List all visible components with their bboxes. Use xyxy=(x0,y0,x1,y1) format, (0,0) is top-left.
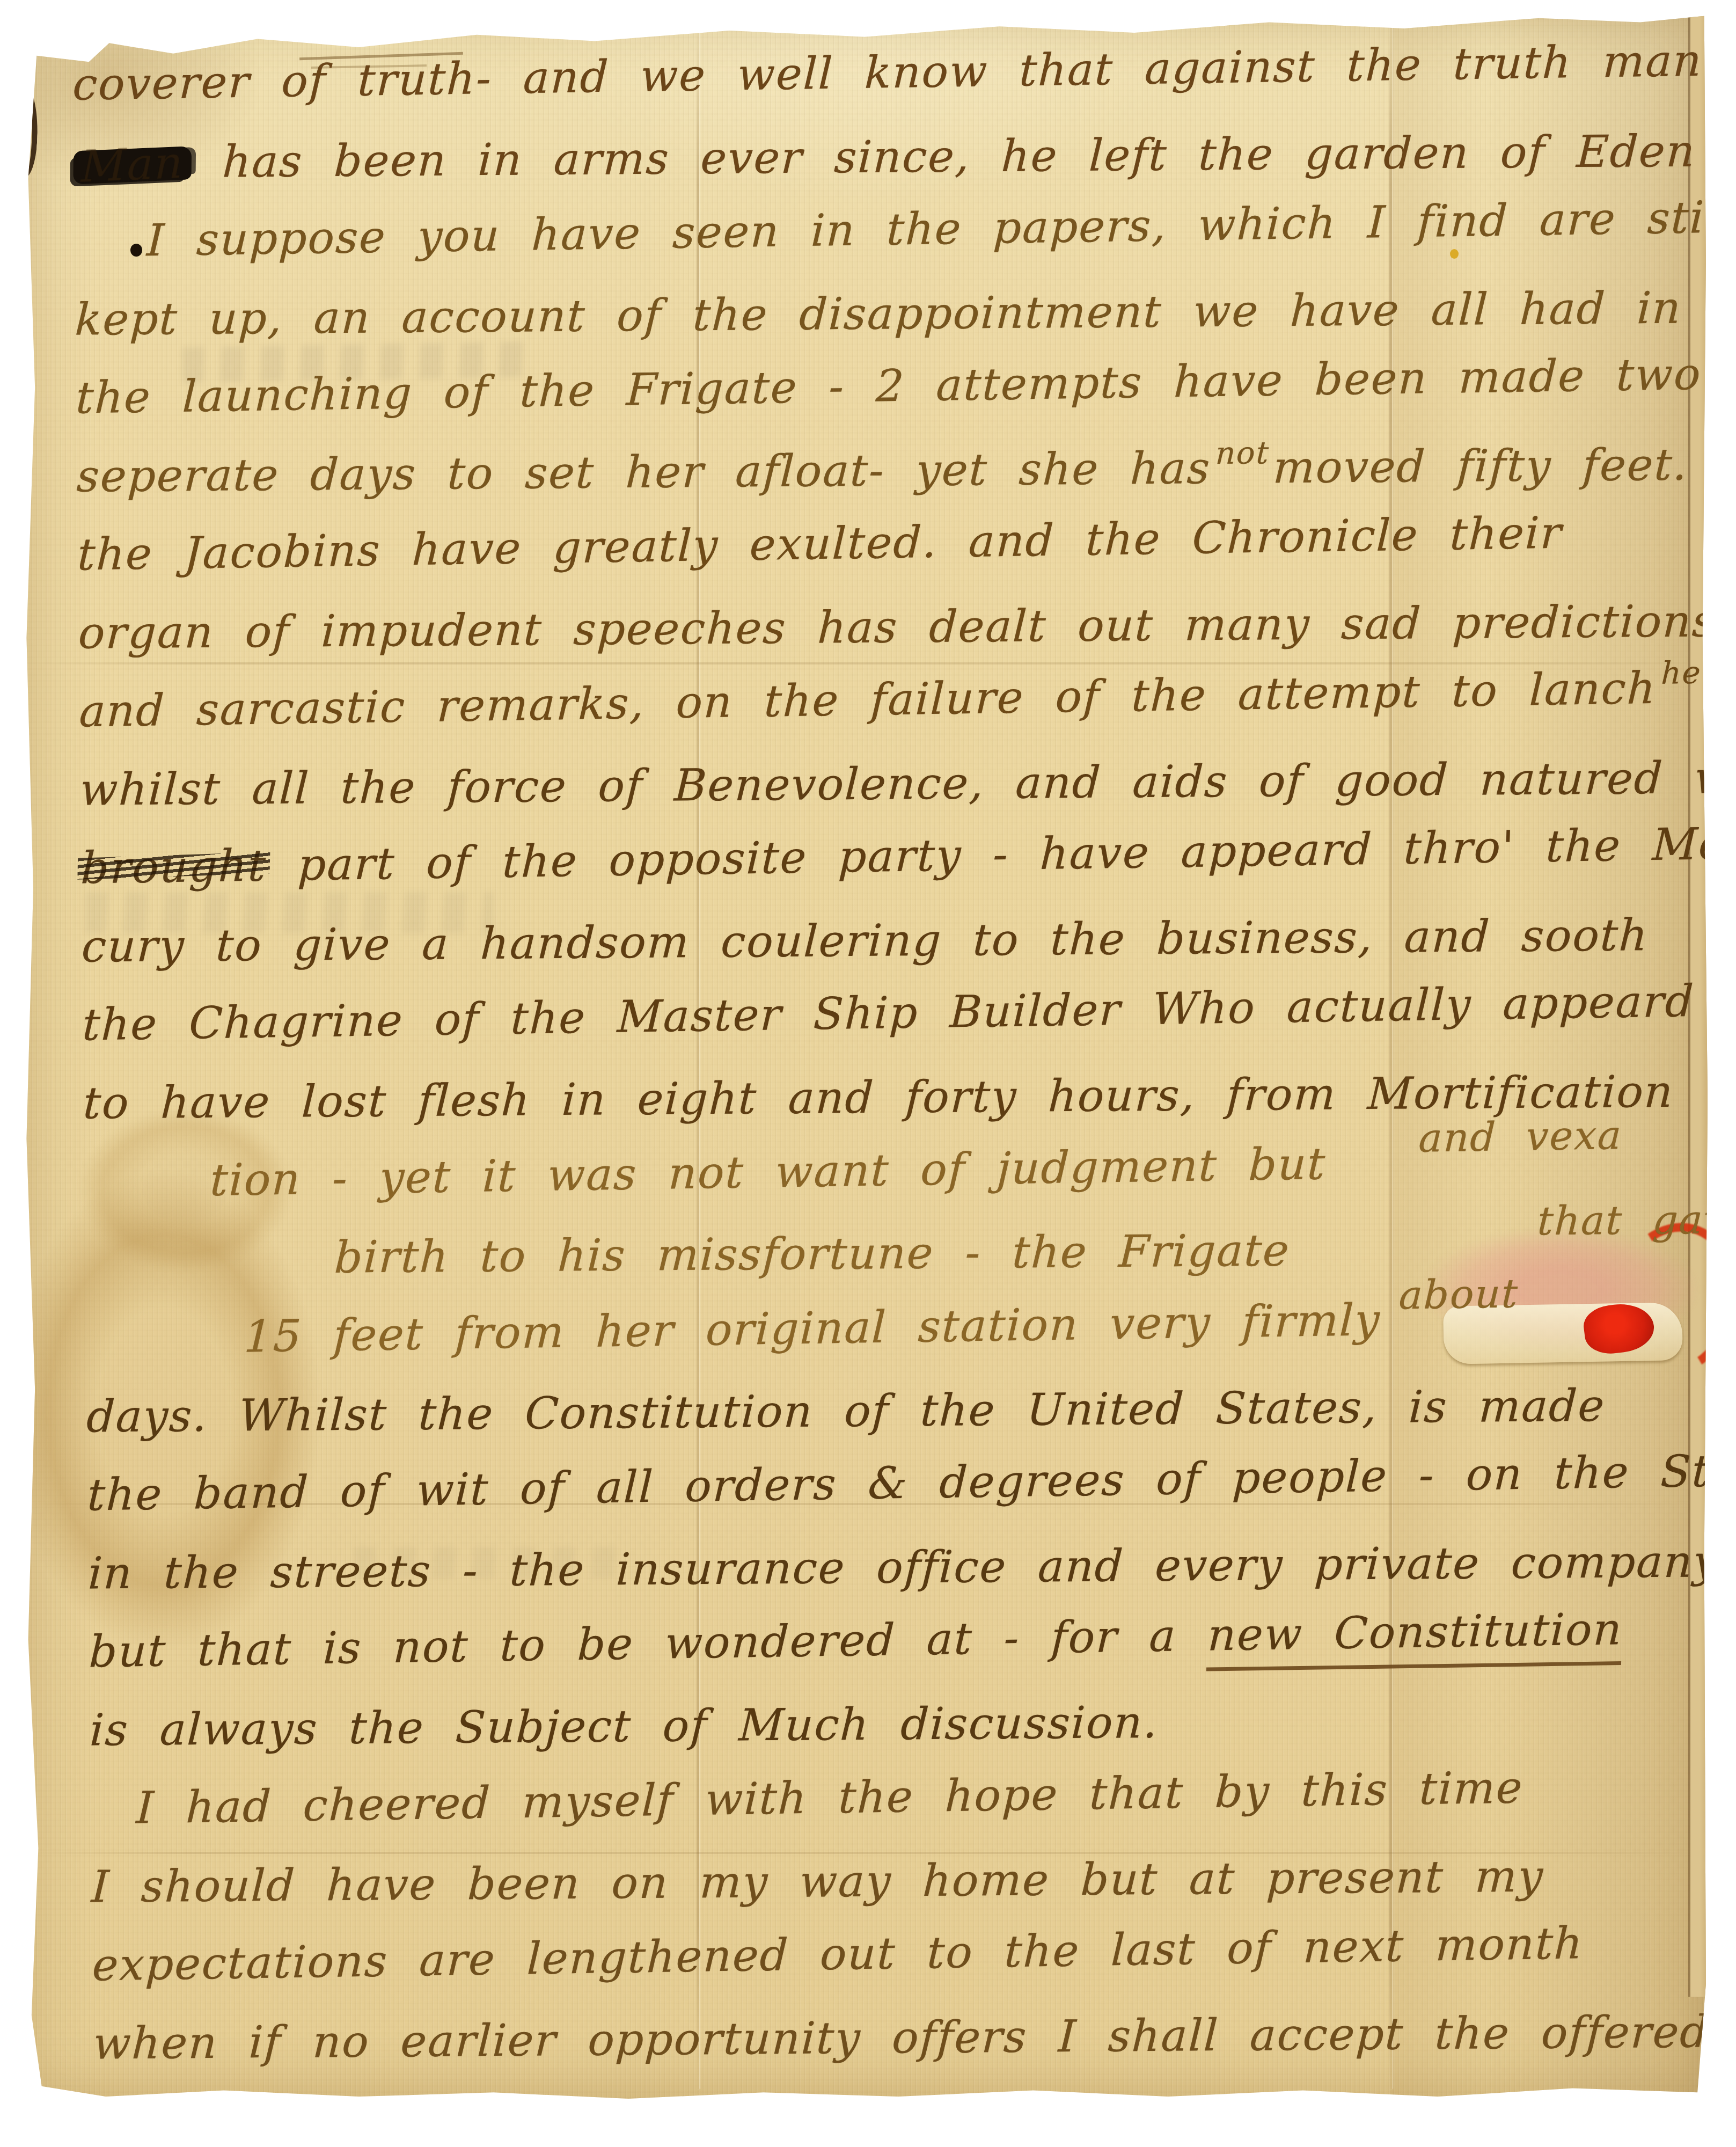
handwritten-text: but that is not to be wondered at - for … xyxy=(88,1610,1208,1678)
handwritten-text: seperate days to set her afloat- yet she… xyxy=(76,443,1212,502)
handwritten-text: the Jacobins have greatly exulted. and t… xyxy=(77,508,1563,581)
inserted-word: not xyxy=(1215,435,1271,471)
letter-line: whilst all the force of Benevolence, and… xyxy=(79,756,1715,812)
letter-line: cury to give a handsom coulering to the … xyxy=(80,913,1716,969)
crossed-out-word: brought xyxy=(80,840,268,894)
letter-line: I should have been on my way home but at… xyxy=(91,1853,1726,1909)
handwritten-text: I should have been on my way home but at… xyxy=(90,1851,1544,1913)
handwritten-text: whilst all the force of Benevolence, and… xyxy=(79,752,1736,815)
letter-line: the band of wit of all orders & degrees … xyxy=(86,1449,1722,1517)
handwritten-text: days. Whilst the Constitution of the Uni… xyxy=(85,1381,1606,1443)
handwritten-text: is always the Subject of Much discussion… xyxy=(89,1697,1159,1756)
letter-line: in the streets - the insurance office an… xyxy=(87,1540,1723,1596)
letter-line: is always the Subject of Much discussion… xyxy=(89,1697,1725,1752)
letter-line: the launching of the Frigate - 2 attempt… xyxy=(75,352,1711,420)
scanned-letter-screenshot: { "document": { "kind": "scanned handwri… xyxy=(0,0,1736,2147)
handwritten-text: when if no earlier opportunity offers I … xyxy=(92,2006,1711,2069)
margin-insertion: about xyxy=(1398,1272,1519,1317)
letter-line: I suppose you have seen in the papers, w… xyxy=(146,196,1709,263)
letter-page: coverer of truth- and we well know that … xyxy=(21,12,1708,2099)
handwritten-text: organ of impudent speeches has dealt out… xyxy=(77,596,1717,659)
margin-insertion: and vexa xyxy=(1418,1113,1623,1160)
letter-line: seperate days to set her afloat- yet she… xyxy=(76,443,1711,499)
obliterated-word: Man xyxy=(73,146,191,184)
letter-line: I had cheered myself with the hope that … xyxy=(136,1763,1726,1831)
handwritten-text: part of the opposite party - have appear… xyxy=(266,818,1736,891)
letter-line: 15 feet from her original station very f… xyxy=(243,1294,1720,1360)
letter-line: the Jacobins have greatly exulted. and t… xyxy=(77,509,1712,577)
letter-line: days. Whilst the Constitution of the Uni… xyxy=(86,1383,1722,1439)
letter-line: when if no earlier opportunity offers I … xyxy=(92,2010,1728,2066)
underlined-phrase: new Constitution xyxy=(1206,1604,1623,1671)
handwritten-text: moved fifty feet. xyxy=(1272,440,1689,494)
margin-insertion: that gave xyxy=(1536,1197,1736,1243)
handwritten-text: 15 feet from her original station very f… xyxy=(243,1295,1381,1362)
letter-line: organ of impudent speeches has dealt out… xyxy=(77,600,1713,655)
letter-line: brought part of the opposite party - hav… xyxy=(80,822,1716,890)
handwritten-text: the band of wit of all orders & degrees … xyxy=(86,1444,1736,1521)
handwritten-text: expectations are lengthened out to the l… xyxy=(91,1918,1584,1991)
letter-text: coverer of truth- and we well know that … xyxy=(54,46,1728,2101)
handwritten-text: and sarcastic remarks, on the failure of… xyxy=(78,663,1658,737)
handwritten-text: cury to give a handsom coulering to the … xyxy=(80,910,1650,972)
handwritten-text: the Chagrine of the Master Ship Builder … xyxy=(82,976,1695,1051)
letter-line: but that is not to be wondered at - for … xyxy=(88,1606,1724,1674)
handwritten-text: the launching of the Frigate - 2 attempt… xyxy=(75,349,1703,424)
handwritten-text: kept up, an account of the disappointmen… xyxy=(74,283,1683,346)
letter-line: kept up, an account of the disappointmen… xyxy=(74,286,1710,342)
handwritten-text: has been in arms ever since, he left the… xyxy=(190,126,1696,188)
handwritten-text: I had cheered myself with the hope that … xyxy=(135,1762,1524,1834)
handwritten-text: birth to his missfortune - the Frigate xyxy=(333,1225,1291,1283)
inserted-word: her xyxy=(1660,654,1718,691)
letter-line: Man has been in arms ever since, he left… xyxy=(72,129,1708,185)
letter-line: the Chagrine of the Master Ship Builder … xyxy=(82,979,1717,1047)
handwritten-text: tion - yet it was not want of judgment b… xyxy=(209,1138,1327,1206)
handwritten-text: I suppose you have seen in the papers, w… xyxy=(146,192,1736,266)
letter-line: tion - yet it was not want of judgment b… xyxy=(209,1136,1719,1203)
letter-line: and sarcastic remarks, on the failure of… xyxy=(78,666,1714,734)
letter-line: expectations are lengthened out to the l… xyxy=(92,1919,1727,1988)
handwritten-text: in the streets - the insurance office an… xyxy=(87,1536,1720,1599)
